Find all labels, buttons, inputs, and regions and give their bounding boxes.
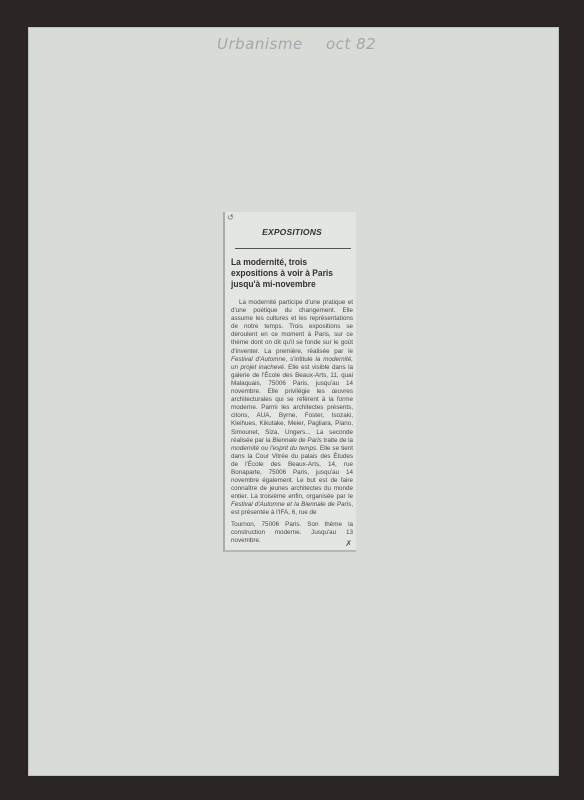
rubric-divider [235, 248, 351, 249]
archive-sheet: Urbanisme oct 82 ↺ EXPOSITIONS La modern… [29, 28, 558, 775]
article-paragraph-1: La modernité participe d'une pratique et… [231, 299, 353, 518]
newspaper-clipping: ↺ EXPOSITIONS La modernité, trois exposi… [223, 212, 356, 552]
handwritten-subject-note: Urbanisme [217, 35, 303, 53]
handwritten-date-note: oct 82 [326, 35, 376, 53]
corner-mark-icon: ↺ [227, 213, 234, 222]
article-paragraph-2: Tournon, 75006 Paris. Son thème la const… [231, 521, 353, 545]
check-mark-icon: ✗ [345, 539, 352, 548]
section-rubric: EXPOSITIONS [231, 227, 353, 237]
article-headline: La modernité, trois expositions à voir à… [231, 257, 355, 290]
article-body: La modernité participe d'une pratique et… [231, 299, 353, 545]
